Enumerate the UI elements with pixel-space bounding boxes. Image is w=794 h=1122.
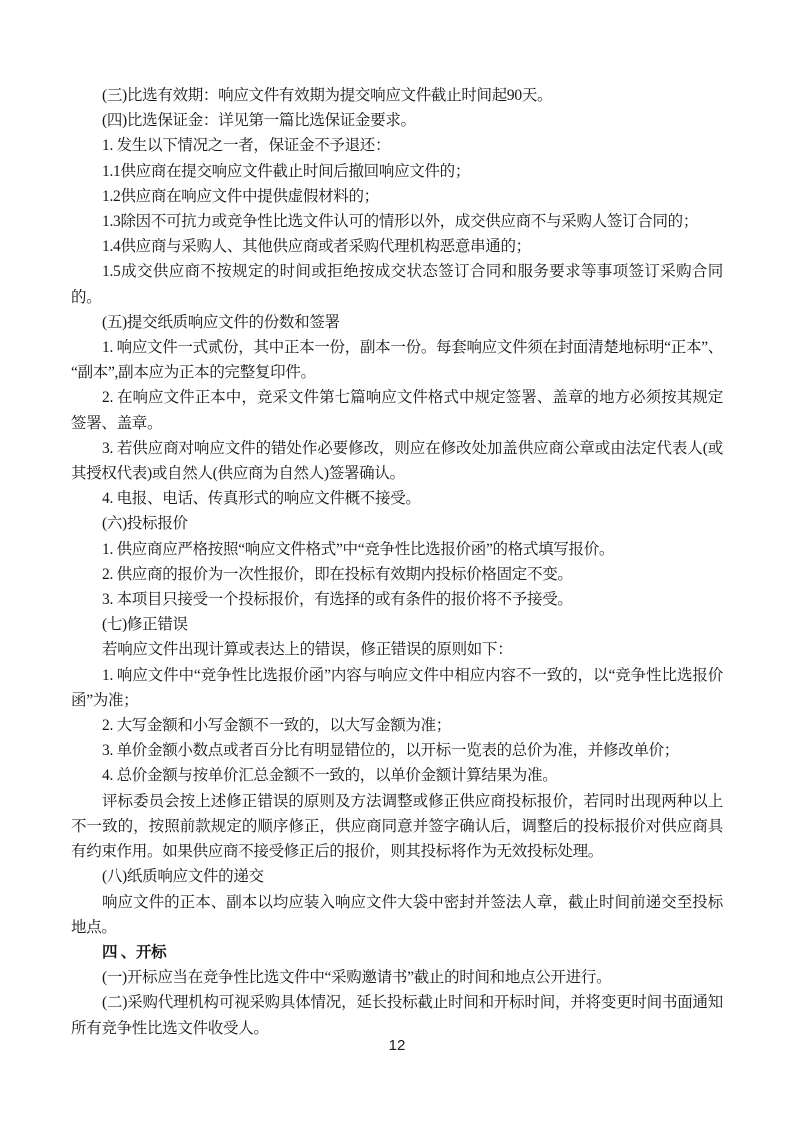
paragraph: 1. 供应商应严格按照“响应文件格式”中“竞争性比选报价函”的格式填写报价。 [71, 537, 723, 562]
paragraph: (六)投标报价 [71, 511, 723, 536]
paragraph: (三)比选有效期：响应文件有效期为提交响应文件截止时间起90天。 [71, 83, 723, 108]
paragraph: 3. 若供应商对响应文件的错处作必要修改，则应在修改处加盖供应商公章或由法定代表… [71, 436, 723, 486]
paragraph: 2. 供应商的报价为一次性报价，即在投标有效期内投标价格固定不变。 [71, 562, 723, 587]
paragraph: 1. 发生以下情况之一者，保证金不予退还： [71, 133, 723, 158]
paragraph: 1.1供应商在提交响应文件截止时间后撤回响应文件的； [71, 159, 723, 184]
paragraph: (五)提交纸质响应文件的份数和签署 [71, 310, 723, 335]
document-page: (三)比选有效期：响应文件有效期为提交响应文件截止时间起90天。(四)比选保证金… [0, 0, 794, 1122]
paragraph: 1. 响应文件一式贰份，其中正本一份，副本一份。每套响应文件须在封面清楚地标明“… [71, 335, 723, 385]
paragraph: 1.4供应商与采购人、其他供应商或者采购代理机构恶意串通的； [71, 234, 723, 259]
paragraph: (四)比选保证金：详见第一篇比选保证金要求。 [71, 108, 723, 133]
paragraph: 若响应文件出现计算或表达上的错误，修正错误的原则如下： [71, 637, 723, 662]
paragraph: 评标委员会按上述修正错误的原则及方法调整或修正供应商投标报价，若同时出现两种以上… [71, 789, 723, 865]
page-number: 12 [0, 1037, 794, 1054]
section-heading: 四 、开标 [71, 940, 723, 965]
paragraph: 4. 电报、电话、传真形式的响应文件概不接受。 [71, 486, 723, 511]
paragraph: 1.3除因不可抗力或竞争性比选文件认可的情形以外，成交供应商不与采购人签订合同的… [71, 209, 723, 234]
paragraph: (七)修正错误 [71, 612, 723, 637]
document-content: (三)比选有效期：响应文件有效期为提交响应文件截止时间起90天。(四)比选保证金… [71, 83, 723, 1041]
paragraph: 3. 本项目只接受一个投标报价，有选择的或有条件的报价将不予接受。 [71, 587, 723, 612]
paragraph: 4. 总价金额与按单价汇总金额不一致的，以单价金额计算结果为准。 [71, 763, 723, 788]
paragraph: 3. 单价金额小数点或者百分比有明显错位的，以开标一览表的总价为准，并修改单价； [71, 738, 723, 763]
paragraph: 2. 大写金额和小写金额不一致的，以大写金额为准； [71, 713, 723, 738]
paragraph: 响应文件的正本、副本以均应装入响应文件大袋中密封并签法人章，截止时间前递交至投标… [71, 890, 723, 940]
paragraph: (二)采购代理机构可视采购具体情况，延长投标截止时间和开标时间，并将变更时间书面… [71, 990, 723, 1040]
paragraph: 1.5成交供应商不按规定的时间或拒绝按成交状态签订合同和服务要求等事项签订采购合… [71, 259, 723, 309]
paragraph: 1. 响应文件中“竞争性比选报价函”内容与响应文件中相应内容不一致的，以“竞争性… [71, 663, 723, 713]
paragraph: (一)开标应当在竞争性比选文件中“采购邀请书”截止的时间和地点公开进行。 [71, 965, 723, 990]
paragraph: (八)纸质响应文件的递交 [71, 864, 723, 889]
paragraph: 1.2供应商在响应文件中提供虚假材料的； [71, 184, 723, 209]
paragraph: 2. 在响应文件正本中，竞采文件第七篇响应文件格式中规定签署、盖章的地方必须按其… [71, 385, 723, 435]
